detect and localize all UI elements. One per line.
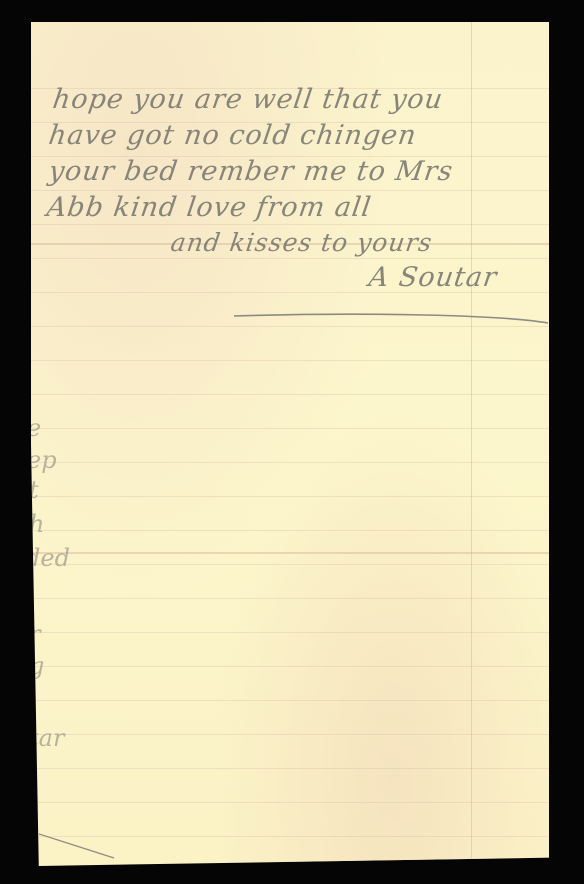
bleed-through-text: ep [27, 446, 57, 474]
letter-line-5: and kisses to yours [169, 228, 435, 257]
signature: A Soutar [367, 262, 499, 293]
pencil-mark [39, 832, 119, 862]
letter-line-2: have got no cold chingen [47, 120, 419, 151]
letter-line-3: your bed rember me to Mrs [47, 156, 455, 187]
fold-crease [31, 552, 549, 554]
bleed-through-text: g [29, 652, 44, 680]
bleed-through-text: ded [25, 544, 70, 572]
bleed-through-text: e [27, 414, 41, 442]
bleed-through-text: tar [29, 724, 64, 752]
bleed-through-text: r [29, 620, 40, 648]
bleed-through-text: t [29, 476, 39, 504]
letter-line-4: Abb kind love from all [45, 192, 374, 223]
letter-page: hope you are well that you have got no c… [31, 22, 549, 866]
letter-line-1: hope you are well that you [51, 84, 446, 115]
bleed-through-text: h [29, 510, 44, 538]
margin-line [471, 22, 472, 866]
separator-line [234, 312, 548, 326]
